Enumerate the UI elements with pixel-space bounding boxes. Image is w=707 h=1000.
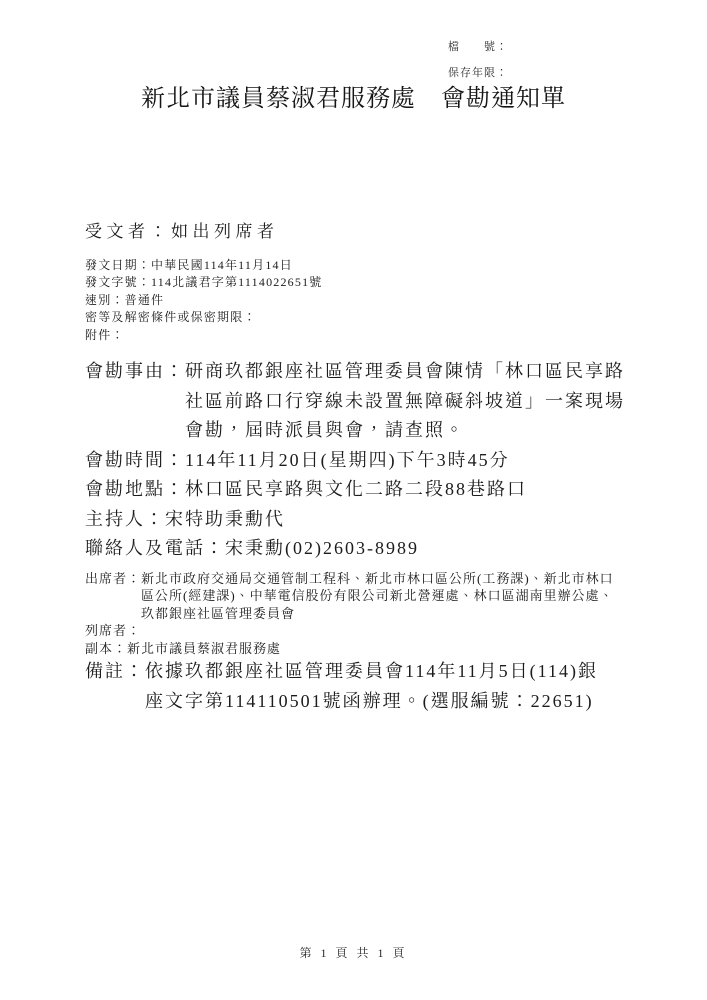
survey-location-row: 會勘地點： 林口區民享路與文化二路二段88巷路口 xyxy=(85,475,630,505)
remarks-label: 備註： xyxy=(85,657,145,716)
survey-fields-block: 會勘事由： 研商玖都銀座社區管理委員會陳情「林口區民享路社區前路口行穿線未設置無… xyxy=(85,357,630,564)
remarks-row: 備註： 依據玖都銀座社區管理委員會114年11月5日(114)銀座文字第1141… xyxy=(85,657,630,716)
doc-number-value: 114北議君字第1114022651號 xyxy=(151,274,322,291)
dispatch-meta-block: 發文日期：中華民國114年11月14日 發文字號：114北議君字第1114022… xyxy=(85,257,630,344)
attachment-label: 附件： xyxy=(85,327,125,344)
issue-date-label: 發文日期： xyxy=(85,257,151,274)
attendees-label: 出席者： xyxy=(85,570,141,623)
observers-row: 列席者： xyxy=(85,622,630,640)
document-title: 新北市議員蔡淑君服務處 會勘通知單 xyxy=(0,78,707,113)
survey-subject-label: 會勘事由： xyxy=(85,357,185,446)
security-line: 密等及解密條件或保密期限： xyxy=(85,309,630,326)
survey-location-label: 會勘地點： xyxy=(85,475,185,505)
observers-label: 列席者： xyxy=(85,622,141,640)
speed-line: 速別：普通件 xyxy=(85,292,630,309)
recipient-label: 受文者： xyxy=(85,222,171,241)
survey-time-row: 會勘時間： 114年11月20日(星期四)下午3時45分 xyxy=(85,446,630,476)
host-value: 宋特助秉勳代 xyxy=(165,505,285,535)
attachment-line: 附件： xyxy=(85,327,630,344)
recipient-line: 受文者：如出列席者 xyxy=(85,221,630,243)
survey-subject-value: 研商玖都銀座社區管理委員會陳情「林口區民享路社區前路口行穿線未設置無障礙斜坡道」… xyxy=(185,357,630,446)
speed-value: 普通件 xyxy=(125,292,165,309)
host-row: 主持人： 宋特助秉勳代 xyxy=(85,505,630,535)
security-label: 密等及解密條件或保密期限： xyxy=(85,309,257,326)
survey-subject-row: 會勘事由： 研商玖都銀座社區管理委員會陳情「林口區民享路社區前路口行穿線未設置無… xyxy=(85,357,630,446)
speed-label: 速別： xyxy=(85,292,125,309)
survey-location-value: 林口區民享路與文化二路二段88巷路口 xyxy=(185,475,527,505)
remarks-value: 依據玖都銀座社區管理委員會114年11月5日(114)銀座文字第11411050… xyxy=(145,657,615,716)
recipient-value: 如出列席者 xyxy=(171,222,279,241)
issue-date-value: 中華民國114年11月14日 xyxy=(151,257,293,274)
doc-number-label: 發文字號： xyxy=(85,274,151,291)
doc-number-line: 發文字號：114北議君字第1114022651號 xyxy=(85,274,630,291)
page-number-footer: 第 1 頁 共 1 頁 xyxy=(0,944,707,961)
survey-time-value: 114年11月20日(星期四)下午3時45分 xyxy=(185,446,510,476)
cc-value: 新北市議員蔡淑君服務處 xyxy=(127,640,281,658)
survey-time-label: 會勘時間： xyxy=(85,446,185,476)
host-label: 主持人： xyxy=(85,505,165,535)
participants-block: 出席者： 新北市政府交通局交通管制工程科、新北市林口區公所(工務課)、新北市林口… xyxy=(85,570,630,658)
file-number-label: 檔 號： xyxy=(448,34,508,60)
attendees-row: 出席者： 新北市政府交通局交通管制工程科、新北市林口區公所(工務課)、新北市林口… xyxy=(85,570,630,623)
cc-row: 副本： 新北市議員蔡淑君服務處 xyxy=(85,640,630,658)
attendees-value: 新北市政府交通局交通管制工程科、新北市林口區公所(工務課)、新北市林口區公所(經… xyxy=(141,570,623,623)
contact-value: 宋秉勳(02)2603-8989 xyxy=(225,534,419,564)
issue-date-line: 發文日期：中華民國114年11月14日 xyxy=(85,257,630,274)
contact-row: 聯絡人及電話： 宋秉勳(02)2603-8989 xyxy=(85,534,630,564)
cc-label: 副本： xyxy=(85,640,127,658)
document-page: 檔 號： 保存年限： 新北市議員蔡淑君服務處 會勘通知單 受文者：如出列席者 發… xyxy=(0,0,707,1000)
contact-label: 聯絡人及電話： xyxy=(85,534,225,564)
document-body: 受文者：如出列席者 發文日期：中華民國114年11月14日 發文字號：114北議… xyxy=(85,221,630,716)
